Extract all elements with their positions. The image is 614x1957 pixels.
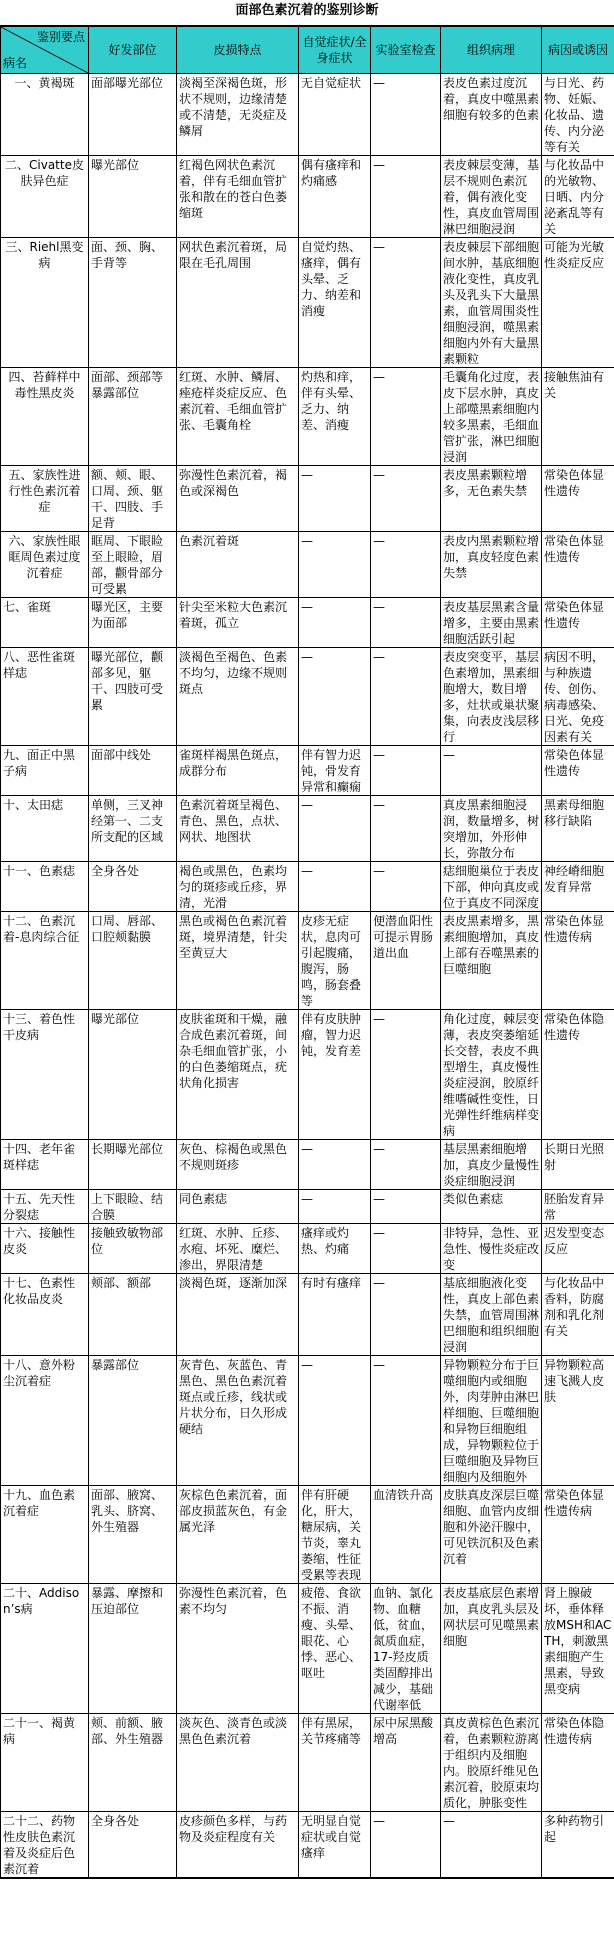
symptom-cell: 瘙痒或灼热、灼痛 xyxy=(299,1224,371,1274)
site-cell: 面部、颈部等暴露部位 xyxy=(89,368,177,466)
lab-cell: — xyxy=(371,1356,441,1486)
disease-name-cell: 二十一、褐黄病 xyxy=(1,1714,89,1812)
lab-cell: — xyxy=(371,796,441,862)
site-cell: 面部、腋窝、乳头、脐窝、外生殖器 xyxy=(89,1486,177,1584)
cause-cell: 接触焦油有关 xyxy=(542,368,614,466)
column-header-site: 好发部位 xyxy=(89,26,177,74)
site-cell: 暴露部位 xyxy=(89,1356,177,1486)
pathology-cell: 真皮黄棕色色素沉着，色素颗粒游离于组织内及细胞内。胶原纤维见色素沉着，胶原束均质… xyxy=(441,1714,542,1812)
lesion-cell: 红褐色网状色素沉着，伴有毛细血管扩张和散在的苍白色萎缩斑 xyxy=(177,156,299,238)
lab-cell: — xyxy=(371,238,441,368)
table-row: 十四、老年雀斑样痣长期曝光部位灰色、棕褐色或黑色不规则斑疹——基层黑素细胞增加，… xyxy=(1,1140,614,1190)
lesion-cell: 色素沉着斑呈褐色、青色、黑色，点状、网状、地图状 xyxy=(177,796,299,862)
lab-cell: — xyxy=(371,862,441,912)
lesion-cell: 皮疹颜色多样，与药物及炎症程度有关 xyxy=(177,1812,299,1879)
pathology-cell: 基层黑素细胞增加，真皮少量慢性炎症细胞浸润 xyxy=(441,1140,542,1190)
lab-cell: — xyxy=(371,1140,441,1190)
disease-name-cell: 六、家族性眼眶周色素过度沉着症 xyxy=(1,532,89,598)
corner-header-cell: 鉴别要点 病名 xyxy=(1,26,89,74)
lab-cell: — xyxy=(371,156,441,238)
table-row: 五、家族性进行性色素沉着症额、颊、眼、口周、颈、躯干、四肢、手足背弥漫性色素沉着… xyxy=(1,466,614,532)
symptom-cell: 疲倦、食欲不振、消瘦、头晕、眼花、心悸、恶心、呕吐 xyxy=(299,1584,371,1714)
table-row: 十七、色素性化妆品皮炎颊部、额部淡褐色斑，逐渐加深有时有瘙痒—基底细胞液化变性，… xyxy=(1,1274,614,1356)
pathology-cell: 表皮突变平，基层色素增加，黑素细胞增大，数目增多，灶状或巢状聚集，向表皮浅层移行 xyxy=(441,648,542,746)
site-cell: 曝光部位 xyxy=(89,1010,177,1140)
disease-name-cell: 七、雀斑 xyxy=(1,598,89,648)
table-row: 十、太田痣单侧，三叉神经第一、二支所支配的区域色素沉着斑呈褐色、青色、黑色，点状… xyxy=(1,796,614,862)
symptom-cell: 灼热和痒，伴有头晕、乏力、纳差、消瘦 xyxy=(299,368,371,466)
lesion-cell: 红斑、水肿、鳞屑、痤疮样炎症反应、色素沉着、毛细血管扩张、毛囊角栓 xyxy=(177,368,299,466)
pathology-cell: 表皮基底层色素增加，真皮乳头层及网状层可见噬黑素细胞 xyxy=(441,1584,542,1714)
table-row: 九、面正中黑子病面部中线处雀斑样褐黑色斑点，成群分布伴有智力迟钝，骨发育异常和癫… xyxy=(1,746,614,796)
lab-cell: 血清铁升高 xyxy=(371,1486,441,1584)
symptom-cell: 无明显自觉症状或自觉瘙痒 xyxy=(299,1812,371,1879)
lab-cell: — xyxy=(371,466,441,532)
cause-cell: 常染色体隐性遗传病 xyxy=(542,1714,614,1812)
cause-cell: 迟发型变态反应 xyxy=(542,1224,614,1274)
symptom-cell: 无自觉症状 xyxy=(299,74,371,156)
lab-cell: — xyxy=(371,368,441,466)
cause-cell: 多种药物引起 xyxy=(542,1812,614,1879)
symptom-cell: — xyxy=(299,1140,371,1190)
pathology-cell: 类似色素痣 xyxy=(441,1190,542,1224)
disease-name-cell: 十七、色素性化妆品皮炎 xyxy=(1,1274,89,1356)
table-body: 一、黄褐斑面部曝光部位淡褐至深褐色斑，形状不规则，边缘清楚或不清楚，无炎症及鳞屑… xyxy=(1,74,614,1879)
lab-cell: — xyxy=(371,1224,441,1274)
table-row: 二、Civatte皮肤异色症曝光部位红褐色网状色素沉着，伴有毛细血管扩张和散在的… xyxy=(1,156,614,238)
disease-name-cell: 二、Civatte皮肤异色症 xyxy=(1,156,89,238)
column-header-lesion: 皮损特点 xyxy=(177,26,299,74)
symptom-cell: 伴有皮肤肿瘤，智力迟钝，发育差 xyxy=(299,1010,371,1140)
column-header-pathology: 组织病理 xyxy=(441,26,542,74)
lesion-cell: 淡褐至深褐色斑，形状不规则，边缘清楚或不清楚，无炎症及鳞屑 xyxy=(177,74,299,156)
site-cell: 面、颈、胸、手背等 xyxy=(89,238,177,368)
pathology-cell: 基底细胞液化变性，真皮上部色素失禁，血管周围淋巴细胞和组织细胞浸润 xyxy=(441,1274,542,1356)
site-cell: 面部中线处 xyxy=(89,746,177,796)
disease-name-cell: 十一、色素痣 xyxy=(1,862,89,912)
pathology-cell: — xyxy=(441,1812,542,1879)
pathology-cell: 角化过度，棘层变薄，表皮突萎缩延长交替，表皮不典型增生，真皮慢性炎症浸润，胶原纤… xyxy=(441,1010,542,1140)
lesion-cell: 网状色素沉着斑，局限在毛孔周围 xyxy=(177,238,299,368)
table-row: 七、雀斑曝光区，主要为面部针尖至米粒大色素沉着斑，孤立——表皮基层黑素含量增多，… xyxy=(1,598,614,648)
disease-name-cell: 二十二、药物性皮肤色素沉着及炎症后色素沉着 xyxy=(1,1812,89,1879)
disease-name-cell: 四、苔藓样中毒性黑皮炎 xyxy=(1,368,89,466)
lab-cell: 尿中尿黑酸增高 xyxy=(371,1714,441,1812)
site-cell: 上下眼睑、结合膜 xyxy=(89,1190,177,1224)
table-row: 二十二、药物性皮肤色素沉着及炎症后色素沉着全身各处皮疹颜色多样，与药物及炎症程度… xyxy=(1,1812,614,1879)
column-header-cause: 病因或诱因 xyxy=(542,26,614,74)
pathology-cell: 表皮内黑素颗粒增加，真皮轻度色素失禁 xyxy=(441,532,542,598)
pathology-cell: 非特异，急性、亚急性、慢性炎症改变 xyxy=(441,1224,542,1274)
cause-cell: 长期日光照射 xyxy=(542,1140,614,1190)
table-row: 八、恶性雀斑样痣曝光部位，颧部多见，躯干、四肢可受累淡褐色至褐色、色素不均匀，边… xyxy=(1,648,614,746)
symptom-cell: — xyxy=(299,862,371,912)
disease-name-cell: 十九、血色素沉着症 xyxy=(1,1486,89,1584)
lesion-cell: 色素沉着斑 xyxy=(177,532,299,598)
site-cell: 曝光部位 xyxy=(89,156,177,238)
table-row: 十八、意外粉尘沉着症暴露部位灰青色、灰蓝色、青黑色、黑色色素沉着斑点或丘疹，线状… xyxy=(1,1356,614,1486)
disease-name-cell: 十四、老年雀斑样痣 xyxy=(1,1140,89,1190)
table-row: 十九、血色素沉着症面部、腋窝、乳头、脐窝、外生殖器灰棕色色素沉着，面部皮损蓝灰色… xyxy=(1,1486,614,1584)
pathology-cell: 表皮色素过度沉着，真皮中噬黑素细胞有较多的色素 xyxy=(441,74,542,156)
disease-name-cell: 十八、意外粉尘沉着症 xyxy=(1,1356,89,1486)
symptom-cell: — xyxy=(299,796,371,862)
disease-name-cell: 三、Riehl黑变病 xyxy=(1,238,89,368)
lab-cell: — xyxy=(371,1812,441,1879)
lab-cell: — xyxy=(371,648,441,746)
cause-cell: 常染色体显性遗传病 xyxy=(542,912,614,1010)
lesion-cell: 皮肤雀斑和干燥，融合成色素沉着斑，间杂毛细血管扩张，小的白色萎缩斑点，疣状角化损… xyxy=(177,1010,299,1140)
cause-cell: 常染色体显性遗传 xyxy=(542,532,614,598)
lab-cell: — xyxy=(371,1274,441,1356)
symptom-cell: — xyxy=(299,532,371,598)
lesion-cell: 褐色或黑色，色素均匀的斑疹或丘疹，界清，光滑 xyxy=(177,862,299,912)
lesion-cell: 淡褐色至褐色、色素不均匀，边缘不规则斑点 xyxy=(177,648,299,746)
table-row: 一、黄褐斑面部曝光部位淡褐至深褐色斑，形状不规则，边缘清楚或不清楚，无炎症及鳞屑… xyxy=(1,74,614,156)
pathology-cell: 异物颗粒分布于巨噬细胞内或细胞外，肉芽肿由淋巴样细胞、巨噬细胞和异物巨细胞组成，… xyxy=(441,1356,542,1486)
pathology-cell: 表皮黑素颗粒增多，无色素失禁 xyxy=(441,466,542,532)
lesion-cell: 淡褐色斑，逐渐加深 xyxy=(177,1274,299,1356)
pathology-cell: 表皮棘层下部细胞间水肿，基底细胞液化变性，真皮乳头及乳头下大量黑素，血管周围炎性… xyxy=(441,238,542,368)
site-cell: 颊、前额、腋部、外生殖器 xyxy=(89,1714,177,1812)
table-row: 四、苔藓样中毒性黑皮炎面部、颈部等暴露部位红斑、水肿、鳞屑、痤疮样炎症反应、色素… xyxy=(1,368,614,466)
column-header-symptom: 自觉症状/全身症状 xyxy=(299,26,371,74)
disease-name-cell: 九、面正中黑子病 xyxy=(1,746,89,796)
site-cell: 单侧，三叉神经第一、二支所支配的区域 xyxy=(89,796,177,862)
site-cell: 颊部、额部 xyxy=(89,1274,177,1356)
symptom-cell: — xyxy=(299,1356,371,1486)
lab-cell: — xyxy=(371,1190,441,1224)
site-cell: 眶周、下眼睑至上眼睑，眉部，颧骨部分可受累 xyxy=(89,532,177,598)
cause-cell: 神经嵴细胞发育异常 xyxy=(542,862,614,912)
symptom-cell: 伴有肝硬化，肝大，糖尿病，关节炎，睾丸萎缩，性征受累等表现 xyxy=(299,1486,371,1584)
symptom-cell: 有时有瘙痒 xyxy=(299,1274,371,1356)
lesion-cell: 灰色、棕褐色或黑色不规则斑疹 xyxy=(177,1140,299,1190)
lab-cell: — xyxy=(371,1010,441,1140)
cause-cell: 黑素母细胞移行缺陷 xyxy=(542,796,614,862)
lesion-cell: 同色素痣 xyxy=(177,1190,299,1224)
site-cell: 全身各处 xyxy=(89,862,177,912)
differential-diagnosis-table: 鉴别要点 病名 好发部位 皮损特点 自觉症状/全身症状 实验室检查 组织病理 病… xyxy=(0,25,614,1879)
pathology-cell: 表皮黑素增多，黑素细胞增加，真皮上部有吞噬黑素的巨噬细胞 xyxy=(441,912,542,1010)
lab-cell: 血钠、氯化物、血糖低，贫血，氮质血症，17-羟皮质类固醇排出减少，基础代谢率低 xyxy=(371,1584,441,1714)
pathology-cell: 毛囊角化过度，表皮下层水肿，真皮上部噬黑素细胞内较多黑素，毛细血管扩张，淋巴细胞… xyxy=(441,368,542,466)
site-cell: 曝光部位，颧部多见，躯干、四肢可受累 xyxy=(89,648,177,746)
lesion-cell: 雀斑样褐黑色斑点，成群分布 xyxy=(177,746,299,796)
cause-cell: 与日光、药物、妊娠、化妆品、遗传、内分泌等有关 xyxy=(542,74,614,156)
table-row: 二十一、褐黄病颊、前额、腋部、外生殖器淡灰色、淡青色或淡黑色色素沉着伴有黑尿，关… xyxy=(1,1714,614,1812)
cause-cell: 与化妆品中的光敏物、日晒、内分泌紊乱等有关 xyxy=(542,156,614,238)
column-header-lab: 实验室检查 xyxy=(371,26,441,74)
lab-cell: — xyxy=(371,746,441,796)
disease-name-cell: 八、恶性雀斑样痣 xyxy=(1,648,89,746)
lesion-cell: 针尖至米粒大色素沉着斑，孤立 xyxy=(177,598,299,648)
disease-name-cell: 十、太田痣 xyxy=(1,796,89,862)
table-row: 三、Riehl黑变病面、颈、胸、手背等网状色素沉着斑，局限在毛孔周围自觉灼热、瘙… xyxy=(1,238,614,368)
site-cell: 暴露、摩擦和压迫部位 xyxy=(89,1584,177,1714)
cause-cell: 胚胎发育异常 xyxy=(542,1190,614,1224)
table-row: 十六、接触性皮炎接触致敏物部位红斑、水肿、丘疹、水疱、坏死、糜烂、渗出，界限清楚… xyxy=(1,1224,614,1274)
lab-cell: — xyxy=(371,598,441,648)
cause-cell: 常染色体隐性遗传 xyxy=(542,1010,614,1140)
disease-name-cell: 十二、色素沉着-息肉综合征 xyxy=(1,912,89,1010)
cause-cell: 异物颗粒高速飞溅人皮肤 xyxy=(542,1356,614,1486)
symptom-cell: 皮疹无症状，息肉可引起腹痛，腹泻，肠鸣，肠套叠等 xyxy=(299,912,371,1010)
lesion-cell: 弥漫性色素沉着，褐色或深褐色 xyxy=(177,466,299,532)
table-row: 十二、色素沉着-息肉综合征口周、唇部、口腔颊黏膜黑色或褐色色素沉着斑，境界清楚，… xyxy=(1,912,614,1010)
lab-cell: — xyxy=(371,532,441,598)
site-cell: 面部曝光部位 xyxy=(89,74,177,156)
cause-cell: 与化妆品中香料，防腐剂和乳化剂有关 xyxy=(542,1274,614,1356)
cause-cell: 常染色体显性遗传 xyxy=(542,598,614,648)
pathology-cell: — xyxy=(441,746,542,796)
pathology-cell: 皮肤真皮深层巨噬细胞、血管内皮细胞和外泌汗腺中，可见铁沉积及色素沉着 xyxy=(441,1486,542,1584)
table-row: 二十、Addison’s病暴露、摩擦和压迫部位弥漫性色素沉着，色素不均匀疲倦、食… xyxy=(1,1584,614,1714)
corner-label-disease: 病名 xyxy=(3,55,27,71)
disease-name-cell: 五、家族性进行性色素沉着症 xyxy=(1,466,89,532)
cause-cell: 常染色体显性遗传 xyxy=(542,746,614,796)
table-row: 十三、着色性干皮病曝光部位皮肤雀斑和干燥，融合成色素沉着斑，间杂毛细血管扩张，小… xyxy=(1,1010,614,1140)
corner-label-criteria: 鉴别要点 xyxy=(37,29,85,45)
header-row: 鉴别要点 病名 好发部位 皮损特点 自觉症状/全身症状 实验室检查 组织病理 病… xyxy=(1,26,614,74)
site-cell: 口周、唇部、口腔颊黏膜 xyxy=(89,912,177,1010)
lesion-cell: 灰青色、灰蓝色、青黑色、黑色色素沉着斑点或丘疹，线状或片状分布，日久形成硬结 xyxy=(177,1356,299,1486)
cause-cell: 可能为光敏性炎症反应 xyxy=(542,238,614,368)
site-cell: 额、颊、眼、口周、颈、躯干、四肢、手足背 xyxy=(89,466,177,532)
site-cell: 长期曝光部位 xyxy=(89,1140,177,1190)
table-row: 六、家族性眼眶周色素过度沉着症眶周、下眼睑至上眼睑，眉部，颧骨部分可受累色素沉着… xyxy=(1,532,614,598)
disease-name-cell: 二十、Addison’s病 xyxy=(1,1584,89,1714)
lab-cell: 便潜血阳性可提示胃肠道出血 xyxy=(371,912,441,1010)
symptom-cell: — xyxy=(299,648,371,746)
lesion-cell: 红斑、水肿、丘疹、水疱、坏死、糜烂、渗出，界限清楚 xyxy=(177,1224,299,1274)
page-title: 面部色素沉着的鉴别诊断 xyxy=(0,0,614,25)
disease-name-cell: 一、黄褐斑 xyxy=(1,74,89,156)
cause-cell: 病因不明，与种族遗传、创伤、病毒感染、日光、免疫因素有关 xyxy=(542,648,614,746)
symptom-cell: 偶有瘙痒和灼痛感 xyxy=(299,156,371,238)
site-cell: 曝光区，主要为面部 xyxy=(89,598,177,648)
symptom-cell: — xyxy=(299,466,371,532)
pathology-cell: 真皮黑素细胞浸润，数量增多，树突增加，外形伸长，弥散分布 xyxy=(441,796,542,862)
disease-name-cell: 十三、着色性干皮病 xyxy=(1,1010,89,1140)
symptom-cell: 伴有黑尿，关节疼痛等 xyxy=(299,1714,371,1812)
pathology-cell: 表皮棘层变薄，基层不规则色素沉着，偶有液化变性，真皮血管周围淋巴细胞浸润 xyxy=(441,156,542,238)
lesion-cell: 黑色或褐色色素沉着斑，境界清楚，针尖至黄豆大 xyxy=(177,912,299,1010)
site-cell: 接触致敏物部位 xyxy=(89,1224,177,1274)
pathology-cell: 痣细胞巢位于表皮下部，伸向真皮或位于真皮不同深度 xyxy=(441,862,542,912)
symptom-cell: 自觉灼热、瘙痒，偶有头晕、乏力、纳差和消瘦 xyxy=(299,238,371,368)
symptom-cell: 伴有智力迟钝，骨发育异常和癫痫 xyxy=(299,746,371,796)
lesion-cell: 弥漫性色素沉着，色素不均匀 xyxy=(177,1584,299,1714)
lab-cell: — xyxy=(371,74,441,156)
table-row: 十一、色素痣全身各处褐色或黑色，色素均匀的斑疹或丘疹，界清，光滑——痣细胞巢位于… xyxy=(1,862,614,912)
cause-cell: 常染色体显性遗传 xyxy=(542,466,614,532)
site-cell: 全身各处 xyxy=(89,1812,177,1879)
table-row: 十五、先天性分裂痣上下眼睑、结合膜同色素痣——类似色素痣胚胎发育异常 xyxy=(1,1190,614,1224)
symptom-cell: — xyxy=(299,598,371,648)
cause-cell: 常染色体显性遗传病 xyxy=(542,1486,614,1584)
disease-name-cell: 十六、接触性皮炎 xyxy=(1,1224,89,1274)
pathology-cell: 表皮基层黑素含量增多，主要由黑素细胞活跃引起 xyxy=(441,598,542,648)
lesion-cell: 灰棕色色素沉着，面部皮损蓝灰色，有金属光泽 xyxy=(177,1486,299,1584)
disease-name-cell: 十五、先天性分裂痣 xyxy=(1,1190,89,1224)
symptom-cell: — xyxy=(299,1190,371,1224)
lesion-cell: 淡灰色、淡青色或淡黑色色素沉着 xyxy=(177,1714,299,1812)
cause-cell: 肾上腺破坏，垂体释放MSH和ACTH，刺激黑素细胞产生黑素，导致黑变病 xyxy=(542,1584,614,1714)
